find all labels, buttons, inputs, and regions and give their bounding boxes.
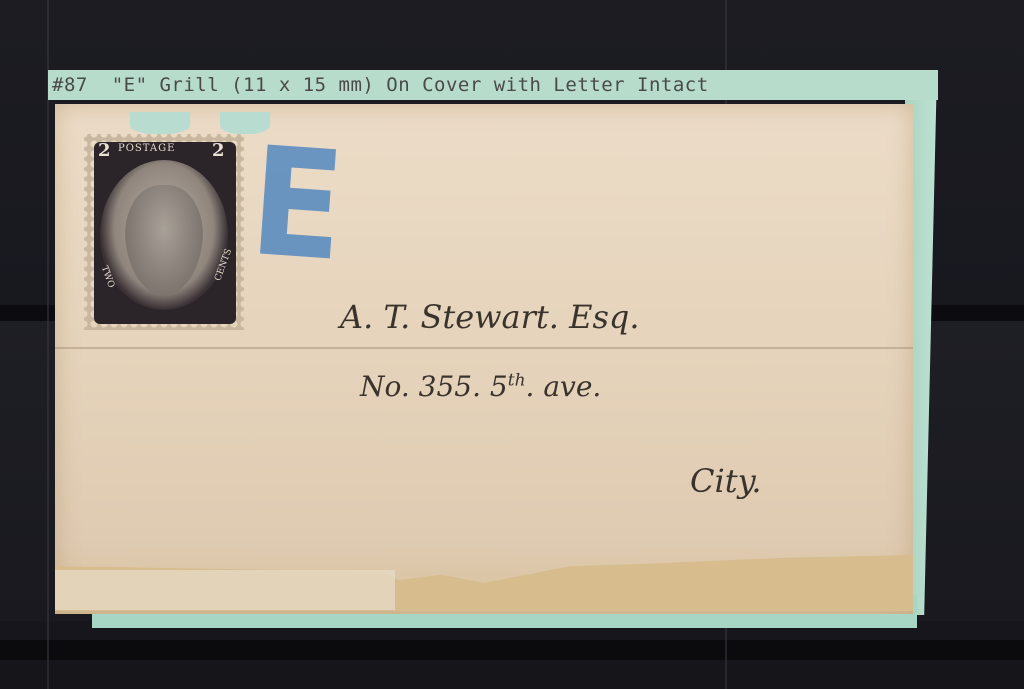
stamp-denomination-top-right: 2 [212,140,225,161]
stamp-postage-text: POSTAGE [118,143,175,154]
background-divider [0,640,1024,660]
ordinal-suffix: th [508,371,526,391]
address-line-city: City. [690,462,762,500]
background-seam [47,0,49,689]
album-label: #87 "E" Grill (11 x 15 mm) On Cover with… [52,74,709,96]
stamp-denomination-top-left: 2 [98,140,111,161]
address-line-street: No. 355. 5th. ave. [360,370,601,403]
mount-hinge-tab [130,112,190,134]
cover-fold-line [55,347,913,349]
cover-worn-area [55,570,395,610]
street-name: . ave. [526,370,602,403]
address-line-name: A. T. Stewart. Esq. [340,298,640,336]
stamp-portrait [125,185,203,295]
street-number: No. 355. 5 [360,370,508,403]
background-bottom [0,660,1024,689]
blue-cancellation-mark: E [246,127,348,283]
